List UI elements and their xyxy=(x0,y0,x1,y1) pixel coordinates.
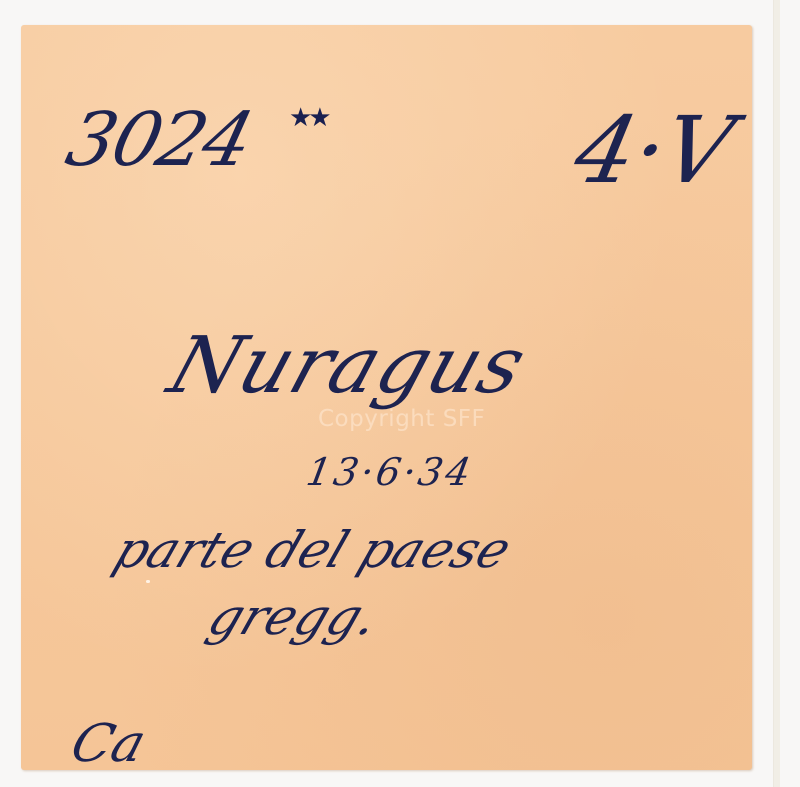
collector-initials: Ca xyxy=(66,718,152,770)
copyright-watermark: Copyright SFF xyxy=(318,406,485,432)
collection-code: 4·V xyxy=(567,105,741,197)
paper-speck xyxy=(146,580,150,583)
locality-name: Nuragus xyxy=(160,327,535,405)
catalog-number: 3024 xyxy=(60,103,259,177)
locality-note-line-1: parte del paese xyxy=(108,525,518,575)
paper-edge-strip xyxy=(773,0,780,787)
locality-note-line-2: gregg. xyxy=(202,592,386,642)
specimen-label-card: 3024 ★★ 4·V Nuragus Copyright SFF 13·6·3… xyxy=(21,25,752,770)
collection-date: 13·6·34 xyxy=(304,453,477,491)
scanned-page: 3024 ★★ 4·V Nuragus Copyright SFF 13·6·3… xyxy=(0,0,800,787)
star-marks-icon: ★★ xyxy=(289,105,328,131)
